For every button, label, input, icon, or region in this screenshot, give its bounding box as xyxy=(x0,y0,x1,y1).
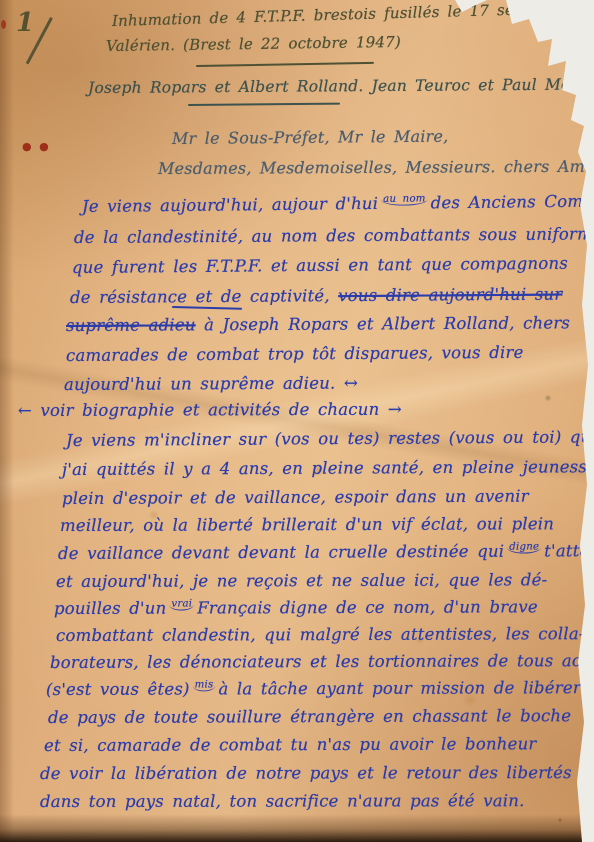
line-text: Je viens m'incliner sur (vos ou tes) res… xyxy=(66,427,594,450)
page-number: 1 xyxy=(16,8,34,38)
inserted-word: digne xyxy=(507,541,541,553)
handwritten-line: de pays de toute souillure étrangère en … xyxy=(48,706,571,727)
handwritten-line: meilleur, où la liberté brillerait d'un … xyxy=(60,514,554,535)
line-text: combattant clandestin, qui malgré les at… xyxy=(56,624,585,645)
handwritten-line: de la clandestinité, au nom des combatta… xyxy=(74,224,594,247)
handwritten-line: de vaillance devant devant la cruelle de… xyxy=(58,541,594,563)
handwritten-line: camarades de combat trop tôt disparues, … xyxy=(66,343,524,365)
line-text: et aujourd'hui, je ne reçois et ne salue… xyxy=(56,570,547,591)
handwritten-line: j'ai quittés il y a 4 ans, en pleine san… xyxy=(62,457,594,479)
line-text: j'ai quittés il y a 4 ans, en pleine san… xyxy=(62,457,594,479)
line-text: que furent les F.T.P.F. et aussi en tant… xyxy=(72,254,568,277)
handwritten-line: Inhumation de 4 F.T.P.F. brestois fusill… xyxy=(112,0,594,30)
line-text: de voir la libération de notre pays et l… xyxy=(40,763,572,783)
ink-underline xyxy=(196,62,374,67)
inserted-word: au nom xyxy=(381,193,428,205)
red-ink-speck xyxy=(1,20,6,29)
ink-underline xyxy=(172,306,242,310)
handwritten-line: Je viens aujourd'hui, aujour d'huiau nom… xyxy=(82,191,594,216)
line-text: plein d'espoir et de vaillance, espoir d… xyxy=(62,487,529,508)
line-text: ← voir biographie et activités de chacun… xyxy=(18,400,402,420)
line-text: Je viens aujourd'hui, aujour d'hui xyxy=(82,194,378,216)
scanned-letter-page: Inhumation de 4 F.T.P.F. brestois fusill… xyxy=(0,0,594,842)
paper-sheet: Inhumation de 4 F.T.P.F. brestois fusill… xyxy=(0,0,594,842)
handwritten-line: pouilles d'unvraiFrançais digne de ce no… xyxy=(54,597,538,618)
handwritten-line: suprême adieu à Joseph Ropars et Albert … xyxy=(66,313,570,335)
struck-through-text: suprême adieu xyxy=(66,315,196,335)
inserted-word: vrai xyxy=(169,598,194,610)
line-text: Joseph Ropars et Albert Rolland. Jean Te… xyxy=(88,75,594,97)
red-ink-dots: ● ● xyxy=(22,140,51,153)
handwritten-line: ← voir biographie et activités de chacun… xyxy=(18,400,402,420)
ink-underline xyxy=(188,103,340,106)
handwritten-line: plein d'espoir et de vaillance, espoir d… xyxy=(62,487,529,508)
line-text: et si, camarade de combat tu n'as pu avo… xyxy=(44,734,537,755)
handwritten-line: de résistance et de captivité, vous dire… xyxy=(70,285,563,307)
handwritten-line: de voir la libération de notre pays et l… xyxy=(40,763,572,783)
line-text: pouilles d'un xyxy=(54,599,166,618)
line-text: Valérien. (Brest le 22 octobre 1947) xyxy=(106,33,401,55)
line-text: aujourd'hui un suprême adieu. ↔ xyxy=(64,373,358,394)
line-text: (s'est vous êtes) xyxy=(46,679,190,699)
line-text: Inhumation de 4 F.T.P.F. brestois fusill… xyxy=(112,0,594,30)
handwritten-line: borateurs, les dénonciateurs et les tort… xyxy=(50,651,594,672)
line-text: Mr le Sous-Préfet, Mr le Maire, xyxy=(172,127,449,148)
line-text: de vaillance devant devant la cruelle de… xyxy=(58,542,504,563)
scan-shadow-bottom-edge xyxy=(0,814,594,842)
line-text: Mesdames, Mesdemoiselles, Messieurs. che… xyxy=(158,157,594,178)
line-text: borateurs, les dénonciateurs et les tort… xyxy=(50,651,594,672)
handwritten-line: Joseph Ropars et Albert Rolland. Jean Te… xyxy=(88,75,594,97)
line-text: de résistance et de captivité, xyxy=(70,286,338,307)
line-text: de pays de toute souillure étrangère en … xyxy=(48,706,571,727)
handwritten-line: et aujourd'hui, je ne reçois et ne salue… xyxy=(56,570,547,591)
line-text: des Anciens Combattants xyxy=(431,191,594,212)
line-text: Français digne de ce nom, d'un brave xyxy=(197,597,538,617)
line-text: à Joseph Ropars et Albert Rolland, chers xyxy=(196,313,571,334)
struck-through-text: vous dire aujourd'hui sur xyxy=(338,285,562,306)
line-text: à la tâche ayant pour mission de libérer xyxy=(218,678,581,698)
line-text: t'attendait xyxy=(544,541,594,560)
handwritten-line: et si, camarade de combat tu n'as pu avo… xyxy=(44,734,537,755)
handwritten-line: Je viens m'incliner sur (vos ou tes) res… xyxy=(66,427,594,450)
handwritten-line: dans ton pays natal, ton sacrifice n'aur… xyxy=(40,791,525,811)
handwritten-line: Valérien. (Brest le 22 octobre 1947) xyxy=(106,33,401,55)
inserted-word: mis xyxy=(193,679,216,691)
line-text: camarades de combat trop tôt disparues, … xyxy=(66,343,524,365)
line-text: dans ton pays natal, ton sacrifice n'aur… xyxy=(40,791,525,811)
handwritten-line: Mr le Sous-Préfet, Mr le Maire, xyxy=(172,127,449,148)
handwritten-line: (s'est vous êtes)misà la tâche ayant pou… xyxy=(46,678,581,699)
handwritten-line: Mesdames, Mesdemoiselles, Messieurs. che… xyxy=(158,157,594,178)
line-text: de la clandestinité, au nom des combatta… xyxy=(74,224,594,247)
line-text: meilleur, où la liberté brillerait d'un … xyxy=(60,514,554,535)
handwritten-line: que furent les F.T.P.F. et aussi en tant… xyxy=(72,254,568,277)
handwritten-line: aujourd'hui un suprême adieu. ↔ xyxy=(64,373,358,394)
paper-left-edge-shade xyxy=(0,0,14,842)
handwritten-line: combattant clandestin, qui malgré les at… xyxy=(56,624,585,645)
